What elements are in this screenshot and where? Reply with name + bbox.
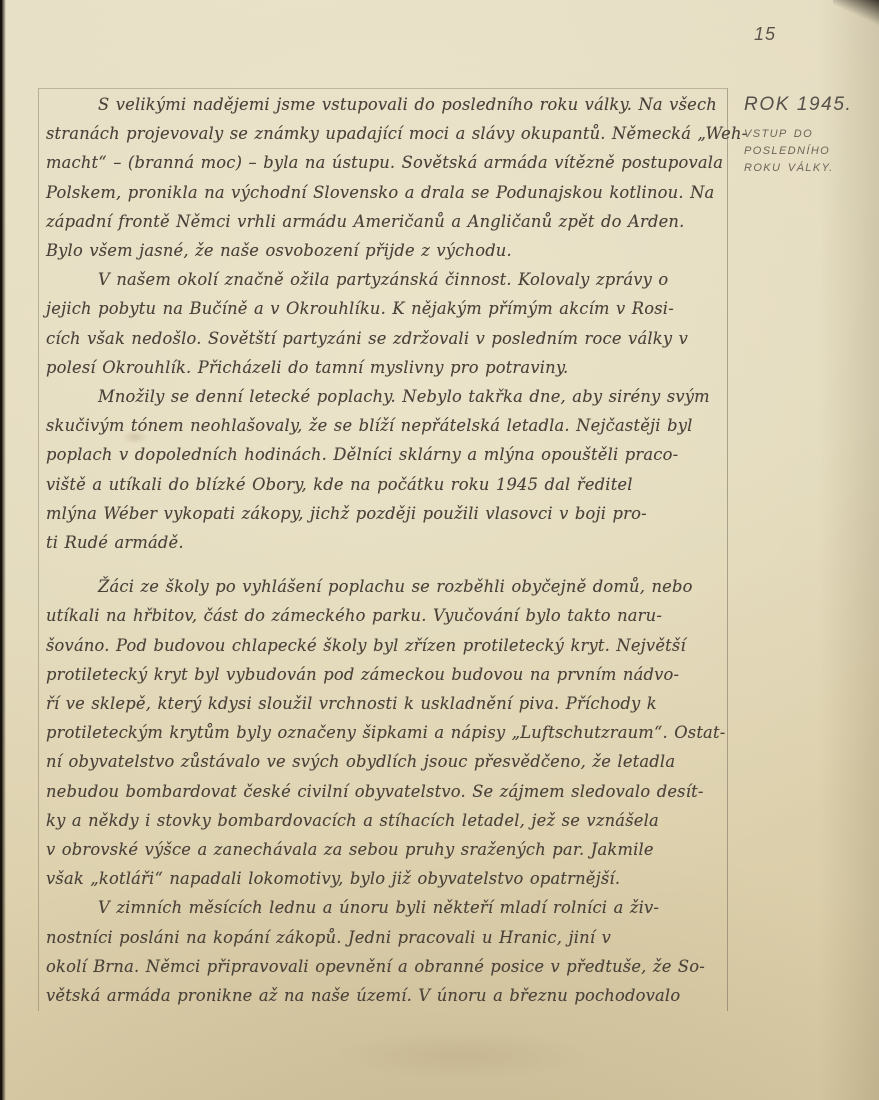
paper-blotch bbox=[332, 1030, 592, 1080]
text-line: ti Rudé armádě. bbox=[46, 528, 722, 557]
text-line: šováno. Pod budovou chlapecké školy byl … bbox=[46, 631, 722, 660]
text-line: skučivým tónem neohlašovaly, že se blíží… bbox=[46, 411, 722, 440]
text-line: poplach v dopoledních hodinách. Dělníci … bbox=[46, 440, 722, 469]
text-line: V zimních měsících lednu a únoru byli ně… bbox=[46, 893, 722, 922]
text-line: ky a někdy i stovky bombardovacích a stí… bbox=[46, 806, 722, 835]
text-line: jejich pobytu na Bučíně a v Okrouhlíku. … bbox=[46, 294, 722, 323]
text-line: Bylo všem jasné, že naše osvobození přij… bbox=[46, 236, 722, 265]
text-line: Polskem, pronikla na východní Slovensko … bbox=[46, 178, 722, 207]
text-line: západní frontě Němci vrhli armádu Američ… bbox=[46, 207, 722, 236]
paragraph: V zimních měsících lednu a únoru byli ně… bbox=[46, 893, 722, 1010]
text-line: však „kotláři“ napadali lokomotivy, bylo… bbox=[46, 864, 722, 893]
text-line: S velikými nadějemi jsme vstupovali do p… bbox=[46, 90, 722, 119]
text-line: mlýna Wéber vykopati zákopy, jichž pozdě… bbox=[46, 499, 722, 528]
text-line: ří ve sklepě, který kdysi sloužil vrchno… bbox=[46, 689, 722, 718]
chronicle-page: 15 S velikými nadějemi jsme vstupovali d… bbox=[2, 0, 879, 1100]
handwritten-text-block: S velikými nadějemi jsme vstupovali do p… bbox=[46, 90, 722, 1010]
paragraph: Množily se denní letecké poplachy. Nebyl… bbox=[46, 382, 722, 557]
text-line: utíkali na hřbitov, část do zámeckého pa… bbox=[46, 601, 722, 630]
page-curvature-shadow bbox=[819, 0, 879, 1100]
text-line: viště a utíkali do blízké Obory, kde na … bbox=[46, 470, 722, 499]
text-line: stranách projevovaly se známky upadající… bbox=[46, 119, 722, 148]
text-line: cích však nedošlo. Sovětští partyzáni se… bbox=[46, 324, 722, 353]
text-line: ní obyvatelstvo zůstávalo ve svých obydl… bbox=[46, 747, 722, 776]
text-line: větská armáda pronikne až na naše území.… bbox=[46, 981, 722, 1010]
text-line: v obrovské výšce a zanechávala za sebou … bbox=[46, 835, 722, 864]
photo-edge-left bbox=[2, 0, 6, 1100]
paragraph: Žáci ze školy po vyhlášení poplachu se r… bbox=[46, 572, 722, 893]
paragraph: S velikými nadějemi jsme vstupovali do p… bbox=[46, 90, 722, 265]
text-line: Žáci ze školy po vyhlášení poplachu se r… bbox=[46, 572, 722, 601]
page-number: 15 bbox=[754, 24, 776, 45]
text-line: V našem okolí značně ožila partyzánská č… bbox=[46, 265, 722, 294]
text-line: nostníci posláni na kopání zákopů. Jedni… bbox=[46, 923, 722, 952]
text-line: okolí Brna. Němci připravovali opevnění … bbox=[46, 952, 722, 981]
text-line: protiletecký kryt byl vybudován pod záme… bbox=[46, 660, 722, 689]
photo-edge-top-right bbox=[833, 0, 879, 26]
paragraph: V našem okolí značně ožila partyzánská č… bbox=[46, 265, 722, 382]
text-line: macht“ – (branná moc) – byla na ústupu. … bbox=[46, 148, 722, 177]
text-line: polesí Okrouhlík. Přicházeli do tamní my… bbox=[46, 353, 722, 382]
text-line: Množily se denní letecké poplachy. Nebyl… bbox=[46, 382, 722, 411]
text-line: protileteckým krytům byly označeny šipka… bbox=[46, 718, 722, 747]
text-line: nebudou bombardovat české civilní obyvat… bbox=[46, 777, 722, 806]
